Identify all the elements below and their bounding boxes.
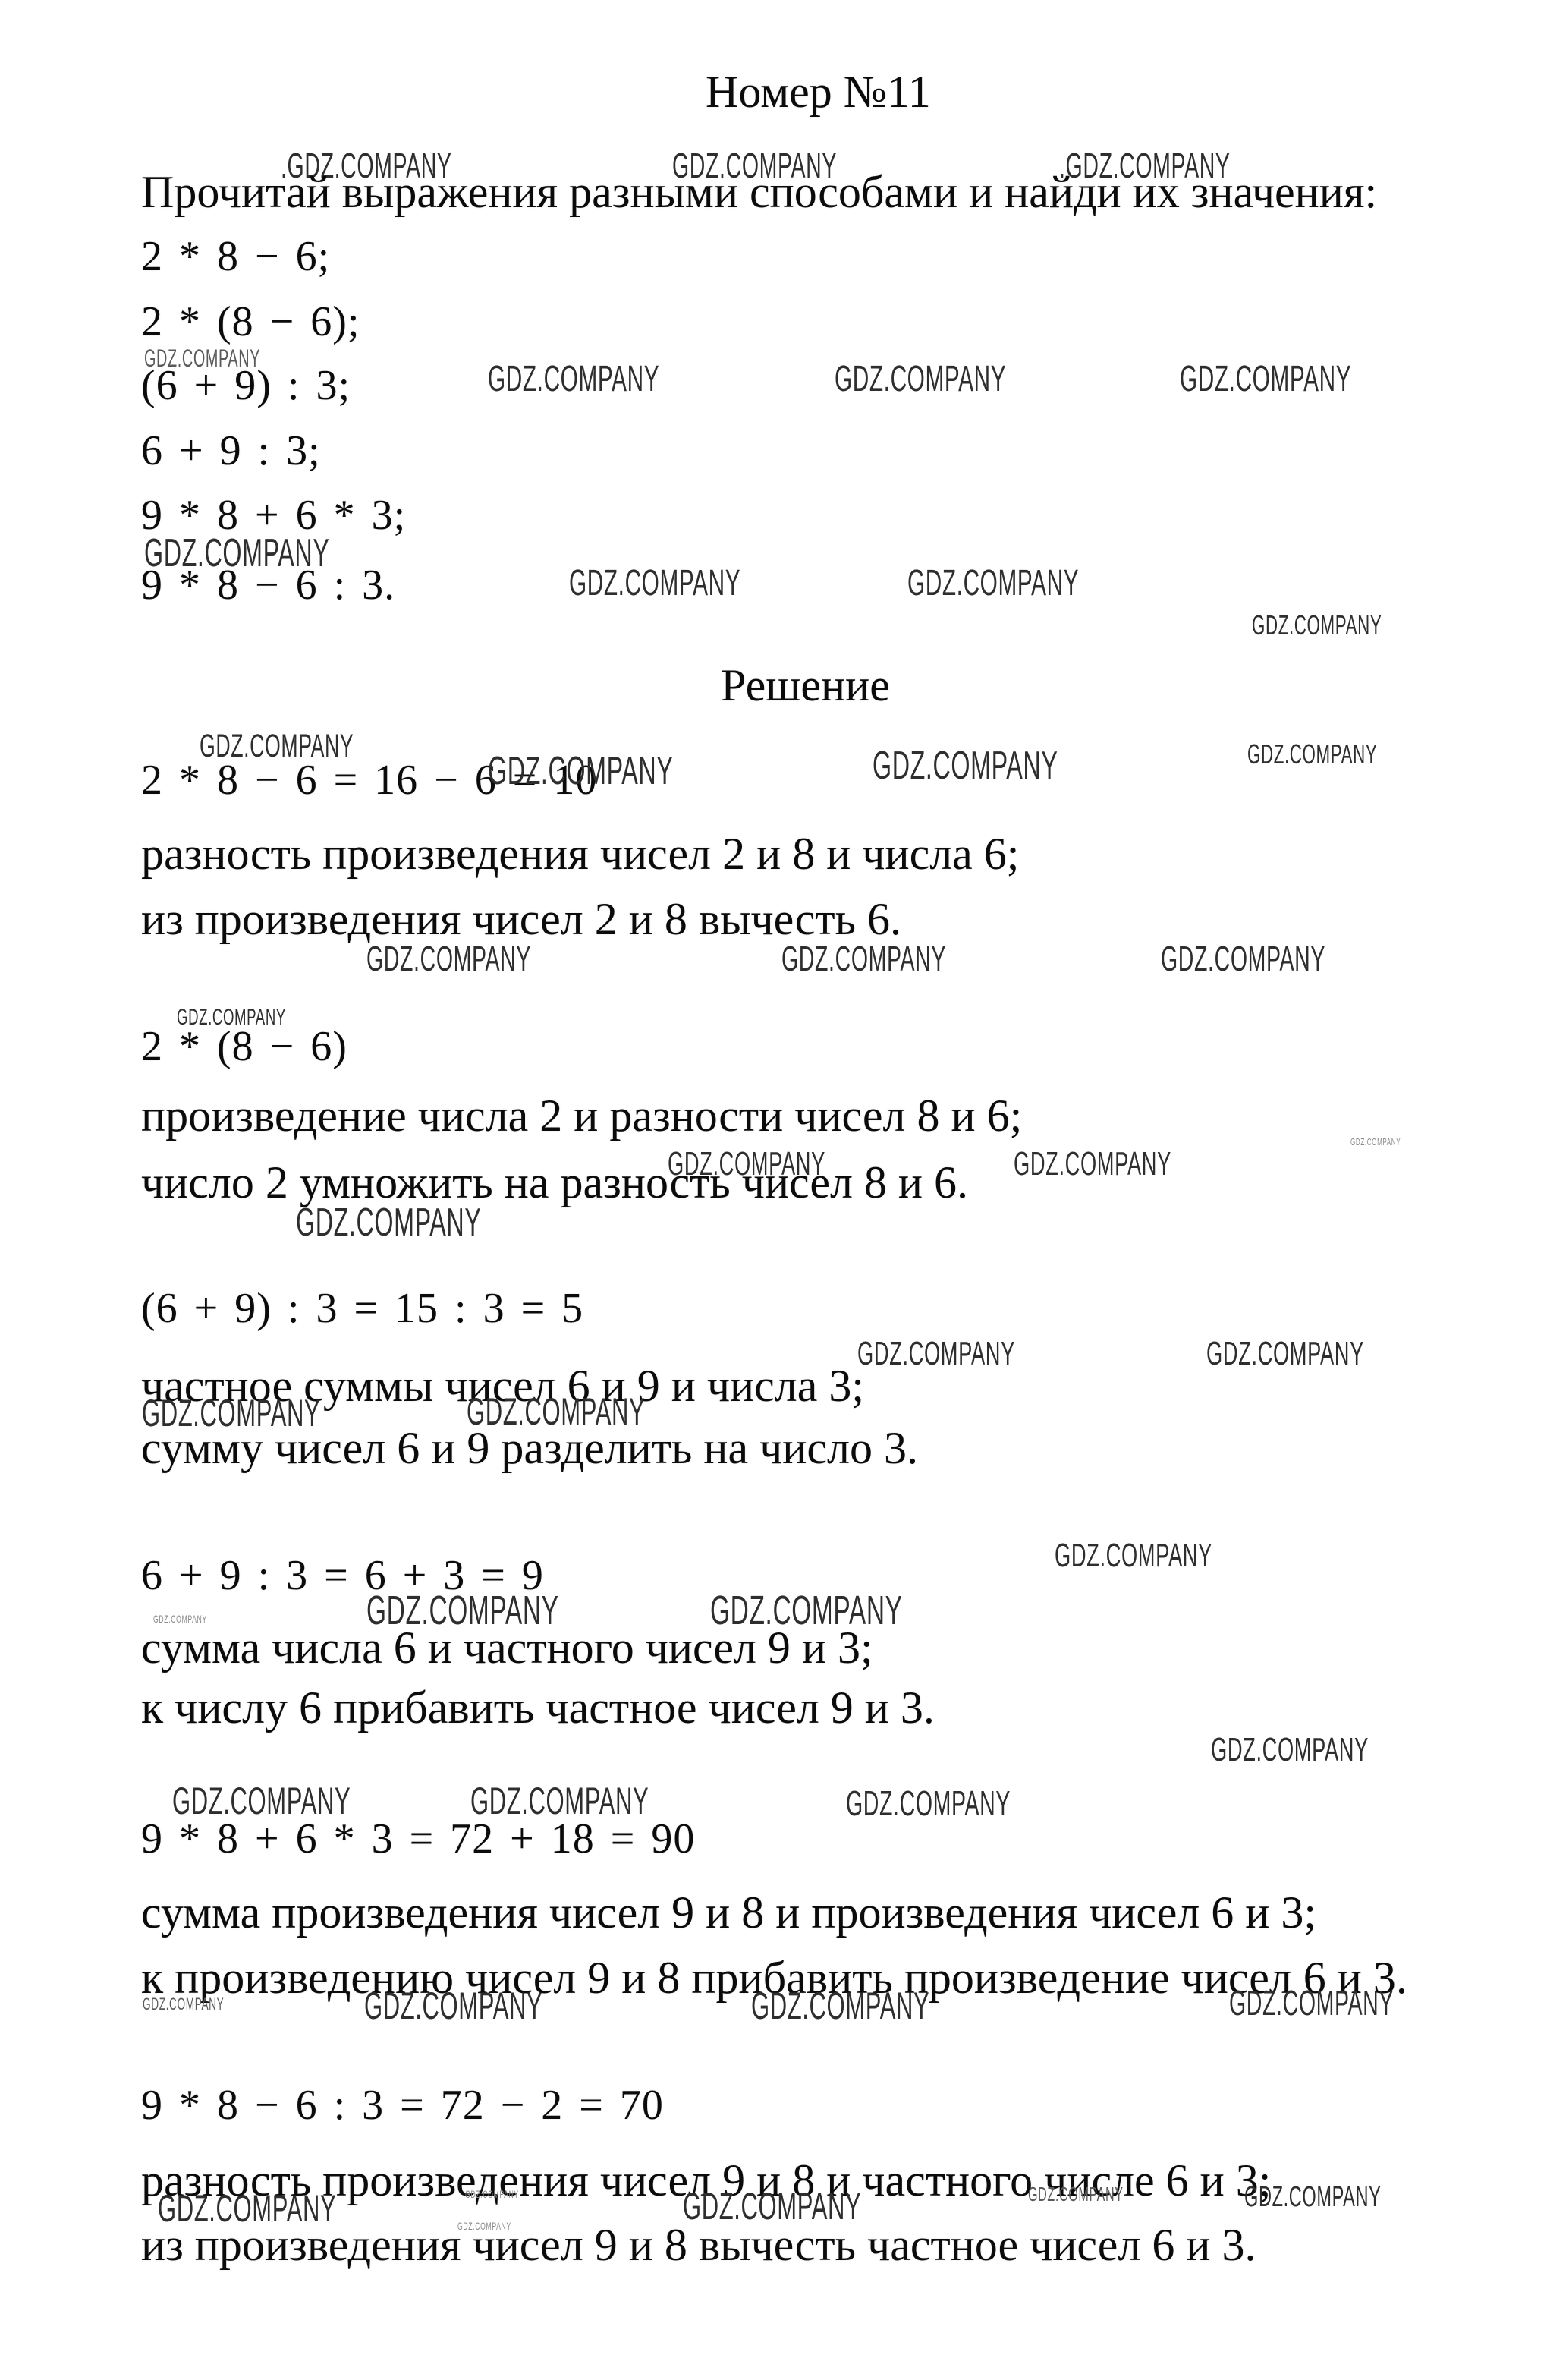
watermark: GDZ.COMPANY <box>1350 1137 1401 1147</box>
watermark: GDZ.COMPANY <box>1252 612 1382 639</box>
watermark: GDZ.COMPANY <box>781 941 946 976</box>
watermark: GDZ.COMPANY <box>1055 1539 1212 1572</box>
equation-3: (6 + 9) : 3 = 15 : 3 = 5 <box>141 1287 583 1330</box>
page-title: Номер №11 <box>706 69 931 115</box>
reading-1b: из произведения чисел 2 и 8 вычесть 6. <box>141 896 901 942</box>
watermark: GDZ.COMPANY <box>1229 1985 1394 2020</box>
expression-2: 2 * (8 − 6); <box>141 301 360 343</box>
reading-6b: из произведения чисел 9 и 8 вычесть част… <box>141 2222 1256 2268</box>
expression-4: 6 + 9 : 3; <box>141 430 321 472</box>
watermark: GDZ.COMPANY <box>751 1987 929 2025</box>
watermark: GDZ.COMPANY <box>465 2189 519 2199</box>
watermark: GDZ.COMPANY <box>143 1996 224 2013</box>
watermark: GDZ.COMPANY <box>1028 2184 1124 2204</box>
watermark: GDZ.COMPANY <box>1014 1147 1171 1181</box>
watermark: GDZ.COMPANY <box>1247 741 1377 768</box>
watermark: GDZ.COMPANY <box>569 565 740 602</box>
reading-4a: сумма числа 6 и частного чисел 9 и 3; <box>141 1625 873 1670</box>
watermark: GDZ.COMPANY <box>1244 2183 1381 2212</box>
reading-5a: сумма произведения чисел 9 и 8 и произве… <box>141 1890 1316 1935</box>
watermark: GDZ.COMPANY <box>488 361 659 398</box>
watermark: GDZ.COMPANY <box>1161 941 1325 976</box>
watermark: GDZ.COMPANY <box>366 941 531 976</box>
watermark: GDZ.COMPANY <box>364 1987 542 2025</box>
watermark: GDZ.COMPANY <box>873 746 1058 785</box>
expression-3: (6 + 9) : 3; <box>141 364 351 407</box>
equation-6: 9 * 8 − 6 : 3 = 72 − 2 = 70 <box>141 2084 664 2127</box>
watermark: GDZ.COMPANY <box>907 565 1079 602</box>
equation-5: 9 * 8 + 6 * 3 = 72 + 18 = 90 <box>141 1818 695 1860</box>
solution-heading: Решение <box>721 663 890 708</box>
reading-2b: число 2 умножить на разность чисел 8 и 6… <box>141 1160 968 1205</box>
document-page: Номер №11 .GDZ.COMPANY GDZ.COMPANY .GDZ.… <box>0 0 1547 2380</box>
watermark: GDZ.COMPANY <box>835 361 1006 398</box>
watermark: GDZ.COMPANY <box>1180 361 1351 398</box>
reading-1a: разность произведения чисел 2 и 8 и числ… <box>141 831 1019 877</box>
watermark: GDZ.COMPANY <box>470 1782 649 1820</box>
expression-1: 2 * 8 − 6; <box>141 235 330 278</box>
watermark: GDZ.COMPANY <box>296 1203 481 1242</box>
watermark: GDZ.COMPANY <box>1211 1733 1369 1767</box>
watermark: GDZ.COMPANY <box>857 1337 1015 1371</box>
expression-6: 9 * 8 − 6 : 3. <box>141 564 395 606</box>
reading-2a: произведение числа 2 и разности чисел 8 … <box>141 1093 1022 1138</box>
watermark: GDZ.COMPANY <box>1206 1337 1364 1371</box>
reading-3b: сумму чисел 6 и 9 разделить на число 3. <box>141 1425 918 1471</box>
watermark: GDZ.COMPANY <box>488 751 673 791</box>
expression-5: 9 * 8 + 6 * 3; <box>141 494 406 537</box>
problem-intro: Прочитай выражения разными способами и н… <box>141 169 1377 215</box>
watermark: GDZ.COMPANY <box>846 1786 1011 1821</box>
watermark: GDZ.COMPANY <box>172 1782 351 1820</box>
reading-4b: к числу 6 прибавить частное чисел 9 и 3. <box>141 1685 935 1730</box>
equation-2: 2 * (8 − 6) <box>141 1025 347 1068</box>
